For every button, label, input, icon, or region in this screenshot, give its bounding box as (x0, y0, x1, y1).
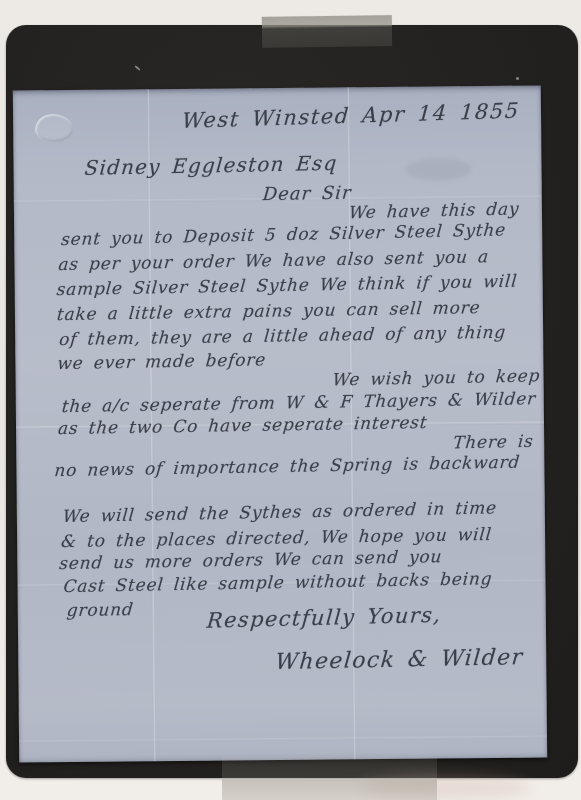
letter-line-0: West Winsted Apr 14 1855 (181, 99, 521, 133)
letter-line-5: as per your order We have also sent you … (58, 247, 490, 275)
letter-line-18: Cast Steel like sample without backs bei… (63, 569, 494, 597)
letter-line-12: as the two Co have seperate interest (57, 413, 428, 439)
embossed-crest-seal (35, 114, 73, 142)
scanned-letter-photo: West Winsted Apr 14 1855Sidney Eggleston… (0, 0, 581, 800)
letter-line-20: Respectfully Yours, (206, 603, 442, 633)
letter-line-21: Wheelock & Wilder (274, 645, 524, 675)
letter-line-6: sample Silver Steel Sythe We think if yo… (56, 272, 518, 300)
letter-line-15: We will send the Sythes as ordered in ti… (62, 498, 498, 527)
horizontal-fold-crease (19, 735, 547, 743)
dust-speck (134, 65, 141, 71)
tape-strip-top (262, 15, 392, 48)
letter-line-1: Sidney Eggleston Esq (84, 151, 339, 180)
tape-strip-bottom (222, 756, 437, 800)
letter-line-19: ground (66, 600, 135, 621)
letter-line-14: no news of importance the Spring is back… (54, 453, 521, 482)
letter-line-8: of them, they are a little ahead of any … (58, 323, 507, 350)
letter-line-7: take a little extra pains you can sell m… (56, 298, 481, 325)
letter-line-11: the a/c seperate from W & F Thayers & Wi… (61, 389, 537, 417)
letter-line-13: There is (452, 432, 534, 454)
letter-line-10: We wish you to keep (332, 366, 541, 390)
dust-speck (516, 77, 519, 80)
letter-line-2: Dear Sir (262, 182, 353, 205)
letter-paper: West Winsted Apr 14 1855Sidney Eggleston… (13, 85, 547, 762)
letter-line-4: sent you to Deposit 5 doz Silver Steel S… (60, 220, 507, 250)
letter-line-9: we ever made before (57, 350, 267, 374)
pencil-smudge (405, 158, 471, 181)
